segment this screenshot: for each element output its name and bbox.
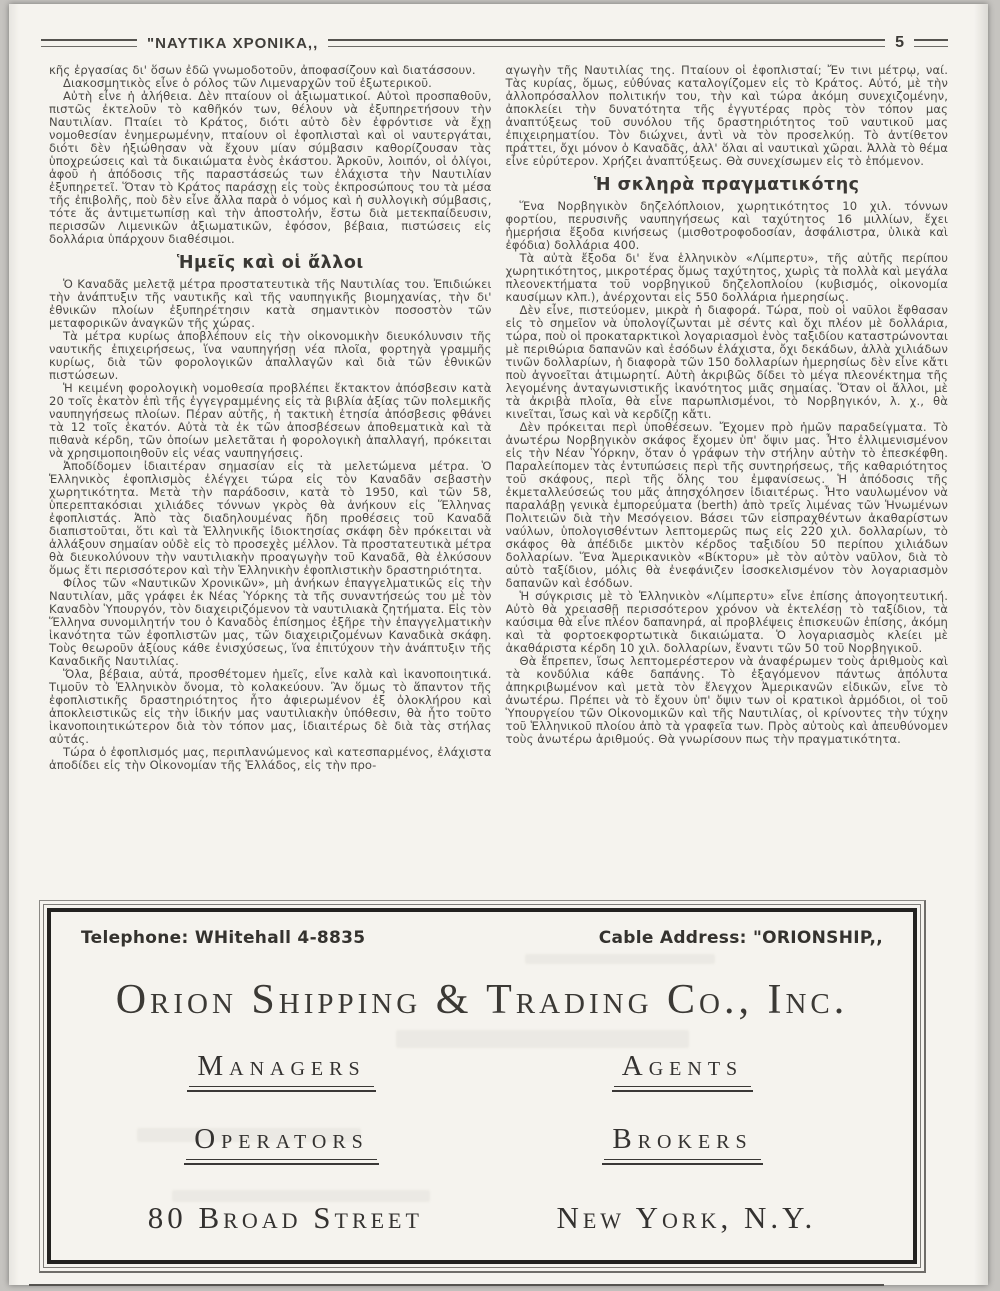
bleedthrough-artifact xyxy=(525,954,715,964)
section-heading: Ἡ σκληρὰ πραγματικότης xyxy=(506,175,949,195)
magazine-title: "ΝΑΥΤΙΚΑ ΧΡΟΝΙΚΑ,, xyxy=(147,35,318,52)
ad-role-operators: Operators xyxy=(186,1123,377,1160)
ad-city-address: New York, N.Y. xyxy=(556,1200,816,1236)
ad-telephone: Telephone: WHitehall 4-8835 xyxy=(81,928,365,948)
header-rule-left xyxy=(41,39,137,47)
paragraph: Ἕνα Νορβηγικὸν δηζελόπλοιον, χωρητικότητ… xyxy=(506,200,949,252)
scanned-magazine-page: "ΝΑΥΤΙΚΑ ΧΡΟΝΙΚΑ,, 5 κῆς ἐργασίας δι' ὅσ… xyxy=(9,4,988,1285)
ad-address-row: 80 Broad Street New York, N.Y. xyxy=(81,1200,883,1236)
page-number: 5 xyxy=(895,34,904,52)
left-column: κῆς ἐργασίας δι' ὅσων ἐδῶ γνωμοδοτοῦν, ἀ… xyxy=(49,64,492,886)
ad-company-name: Orion Shipping & Trading Co., Inc. xyxy=(81,976,883,1024)
ad-role-cell: Brokers xyxy=(482,1123,883,1160)
ad-street-address: 80 Broad Street xyxy=(148,1200,423,1236)
paragraph: Ὅλα, βέβαια, αὐτά, προσθέτομεν ἡμεῖς, εἶ… xyxy=(49,668,492,746)
paragraph: Τὰ μέτρα κυρίως ἀποβλέπουν εἰς τὴν οἰκον… xyxy=(49,330,492,382)
ad-roles: ManagersAgentsOperatorsBrokers xyxy=(81,1050,883,1160)
paragraph: Δὲν εἶνε, πιστεύομεν, μικρὰ ἡ διαφορά. Τ… xyxy=(506,304,949,421)
section-heading: Ἡμεῖς καὶ οἱ ἄλλοι xyxy=(49,253,492,273)
ad-frame-outer: Telephone: WHitehall 4-8835 Cable Addres… xyxy=(39,900,926,1273)
paragraph: Φίλος τῶν «Ναυτικῶν Χρονικῶν», μὴ ἀνήκων… xyxy=(49,577,492,668)
magazine-header: "ΝΑΥΤΙΚΑ ΧΡΟΝΙΚΑ,, 5 xyxy=(9,4,988,52)
paragraph: Θὰ ἔπρεπεν, ἴσως λεπτομερέστερον νὰ ἀναφ… xyxy=(506,655,949,746)
bleedthrough-artifact xyxy=(172,1190,431,1202)
paragraph: Ἡ κειμένη φορολογικὴ νομοθεσία προβλέπει… xyxy=(49,382,492,460)
ad-role-managers: Managers xyxy=(189,1050,373,1087)
paragraph: αγωγὴν τῆς Ναυτιλίας της. Πταίουν οἱ ἐφο… xyxy=(506,64,949,168)
article-columns: κῆς ἐργασίας δι' ὅσων ἐδῶ γνωμοδοτοῦν, ἀ… xyxy=(9,52,988,886)
paragraph: Δὲν πρόκειται περὶ ὑποθέσεων. Ἔχομεν πρὸ… xyxy=(506,421,949,590)
header-rule-right xyxy=(914,39,948,47)
ad-frame-inner: Telephone: WHitehall 4-8835 Cable Addres… xyxy=(43,904,921,1268)
right-column: αγωγὴν τῆς Ναυτιλίας της. Πταίουν οἱ ἐφο… xyxy=(506,64,949,886)
paragraph: Τὰ αὐτὰ ἔξοδα δι' ἕνα ἑλληνικὸν «Λίμπερτ… xyxy=(506,252,949,304)
header-rule-main xyxy=(328,39,885,47)
ad-contact-row: Telephone: WHitehall 4-8835 Cable Addres… xyxy=(81,928,883,948)
ad-role-agents: Agents xyxy=(614,1050,751,1087)
paragraph: Ὁ Καναδᾶς μελετᾷ μέτρα προστατευτικὰ τῆς… xyxy=(49,278,492,330)
bottom-page-rule xyxy=(29,1284,884,1291)
ad-cable-address: Cable Address: "ORIONSHIP,, xyxy=(599,928,883,948)
paragraph: Ἀποδίδομεν ἰδιαιτέραν σημασίαν εἰς τὰ με… xyxy=(49,460,492,577)
paragraph: Αὐτὴ εἶνε ἡ ἀλήθεια. Δὲν πταίουν οἱ ἀξιω… xyxy=(49,90,492,246)
ad-role-cell: Managers xyxy=(81,1050,482,1087)
bleedthrough-artifact xyxy=(396,1030,689,1048)
ad-box: Telephone: WHitehall 4-8835 Cable Addres… xyxy=(47,908,917,1264)
ad-role-cell: Agents xyxy=(482,1050,883,1087)
ad-role-brokers: Brokers xyxy=(604,1123,760,1160)
paragraph: Ἡ σύγκρισις μὲ τὸ Ἑλληνικὸν «Λίμπερτυ» ε… xyxy=(506,590,949,655)
paragraph: Τώρα ὁ ἐφοπλισμός μας, περιπλανώμενος κα… xyxy=(49,746,492,772)
